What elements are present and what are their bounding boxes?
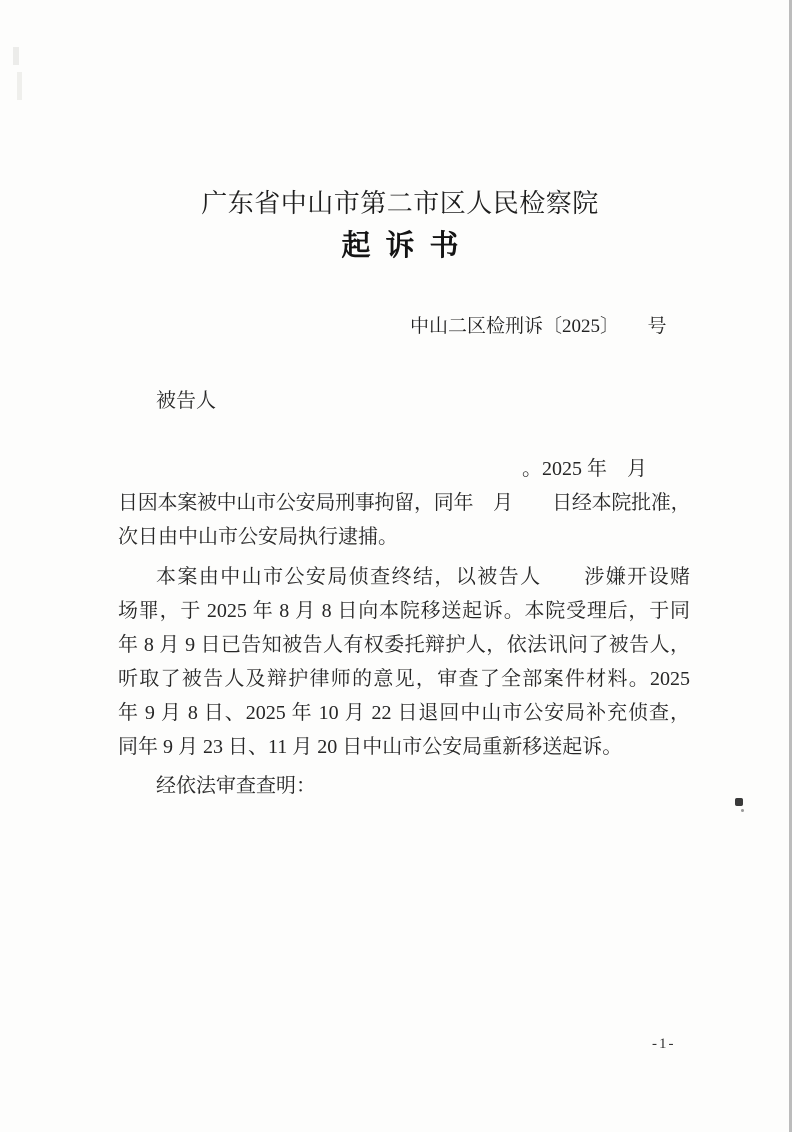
case-number: 中山二区检刑诉〔2025〕 号 bbox=[410, 311, 667, 338]
body-line: 日因本案被中山市公安局刑事拘留，同年 月 日经本院批准， bbox=[118, 486, 690, 520]
document-page: 广东省中山市第二市区人民检察院 起诉书 中山二区检刑诉〔2025〕 号 被告人 … bbox=[0, 0, 800, 1132]
body-line: 本案由中山市公安局侦查终结，以被告人 涉嫌开设赌 bbox=[118, 560, 690, 594]
scan-artifact-mark bbox=[17, 72, 22, 100]
page-number: -1- bbox=[652, 1036, 676, 1053]
body-line: 场罪，于 2025 年 8 月 8 日向本院移送起诉。本院受理后，于同 bbox=[118, 594, 690, 628]
body-line: 同年 9 月 23 日、11 月 20 日中山市公安局重新移送起诉。 bbox=[118, 730, 690, 764]
org-name: 广东省中山市第二市区人民检察院 bbox=[0, 183, 800, 220]
scan-artifact-mark bbox=[13, 47, 19, 65]
doc-title: 起诉书 bbox=[0, 223, 800, 264]
detention-date-line: 。2025 年 月 bbox=[118, 452, 690, 486]
body-line: 听取了被告人及辩护律师的意见，审查了全部案件材料。2025 bbox=[118, 662, 690, 696]
finding-intro-line: 经依法审查查明： bbox=[118, 769, 690, 803]
ink-speck bbox=[735, 798, 743, 806]
defendant-label: 被告人 bbox=[118, 384, 690, 418]
ink-speck bbox=[741, 809, 744, 812]
body-line: 年 8 月 9 日已告知被告人有权委托辩护人，依法讯问了被告人， bbox=[118, 628, 690, 662]
document-body: 被告人 。2025 年 月 日因本案被中山市公安局刑事拘留，同年 月 日经本院批… bbox=[118, 384, 690, 803]
scan-outer-margin bbox=[792, 0, 800, 1132]
body-line: 次日由中山市公安局执行逮捕。 bbox=[118, 520, 690, 554]
body-line: 年 9 月 8 日、2025 年 10 月 22 日退回中山市公安局补充侦查， bbox=[118, 696, 690, 730]
